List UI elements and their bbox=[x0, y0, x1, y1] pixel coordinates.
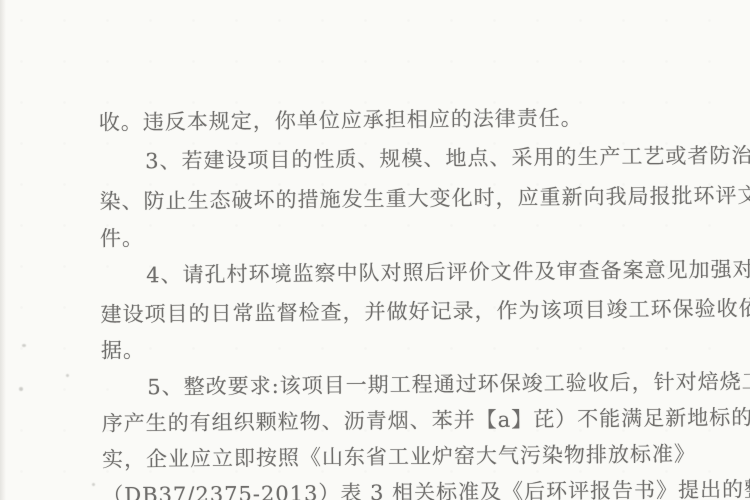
document-line: 建设项目的日常监督检查，并做好记录，作为该项目竣工环保验收依 bbox=[101, 298, 750, 325]
scanned-document-page: 收。违反本规定，你单位应承担相应的法律责任。3、若建设项目的性质、规模、地点、采… bbox=[0, 0, 750, 500]
document-line: 5、整改要求:该项目一期工程通过环保竣工验收后，针对焙烧工 bbox=[147, 371, 750, 398]
document-line: （DB37/2375-2013）表 3 相关标准及《后环评报告书》提出的整改要 bbox=[102, 479, 750, 500]
document-line: 3、若建设项目的性质、规模、地点、采用的生产工艺或者防治污 bbox=[145, 145, 750, 172]
document-line: 实，企业应立即按照《山东省工业炉窑大气污染物排放标准》 bbox=[102, 444, 696, 471]
document-text-layer: 收。违反本规定，你单位应承担相应的法律责任。3、若建设项目的性质、规模、地点、采… bbox=[0, 0, 750, 500]
document-line: 染、防止生态破坏的措施发生重大变化时，应重新向我局报批环评文 bbox=[99, 185, 750, 212]
document-line: 件。 bbox=[100, 228, 144, 249]
document-line: 收。违反本规定，你单位应承担相应的法律责任。 bbox=[99, 108, 583, 134]
document-line: 据。 bbox=[101, 340, 145, 361]
document-line: 序产生的有组织颗粒物、沥青烟、苯并【a】芘）不能满足新地标的现 bbox=[102, 407, 750, 434]
document-line: 4、请孔村环境监察中队对照后评价文件及审查备案意见加强对该 bbox=[146, 259, 750, 286]
